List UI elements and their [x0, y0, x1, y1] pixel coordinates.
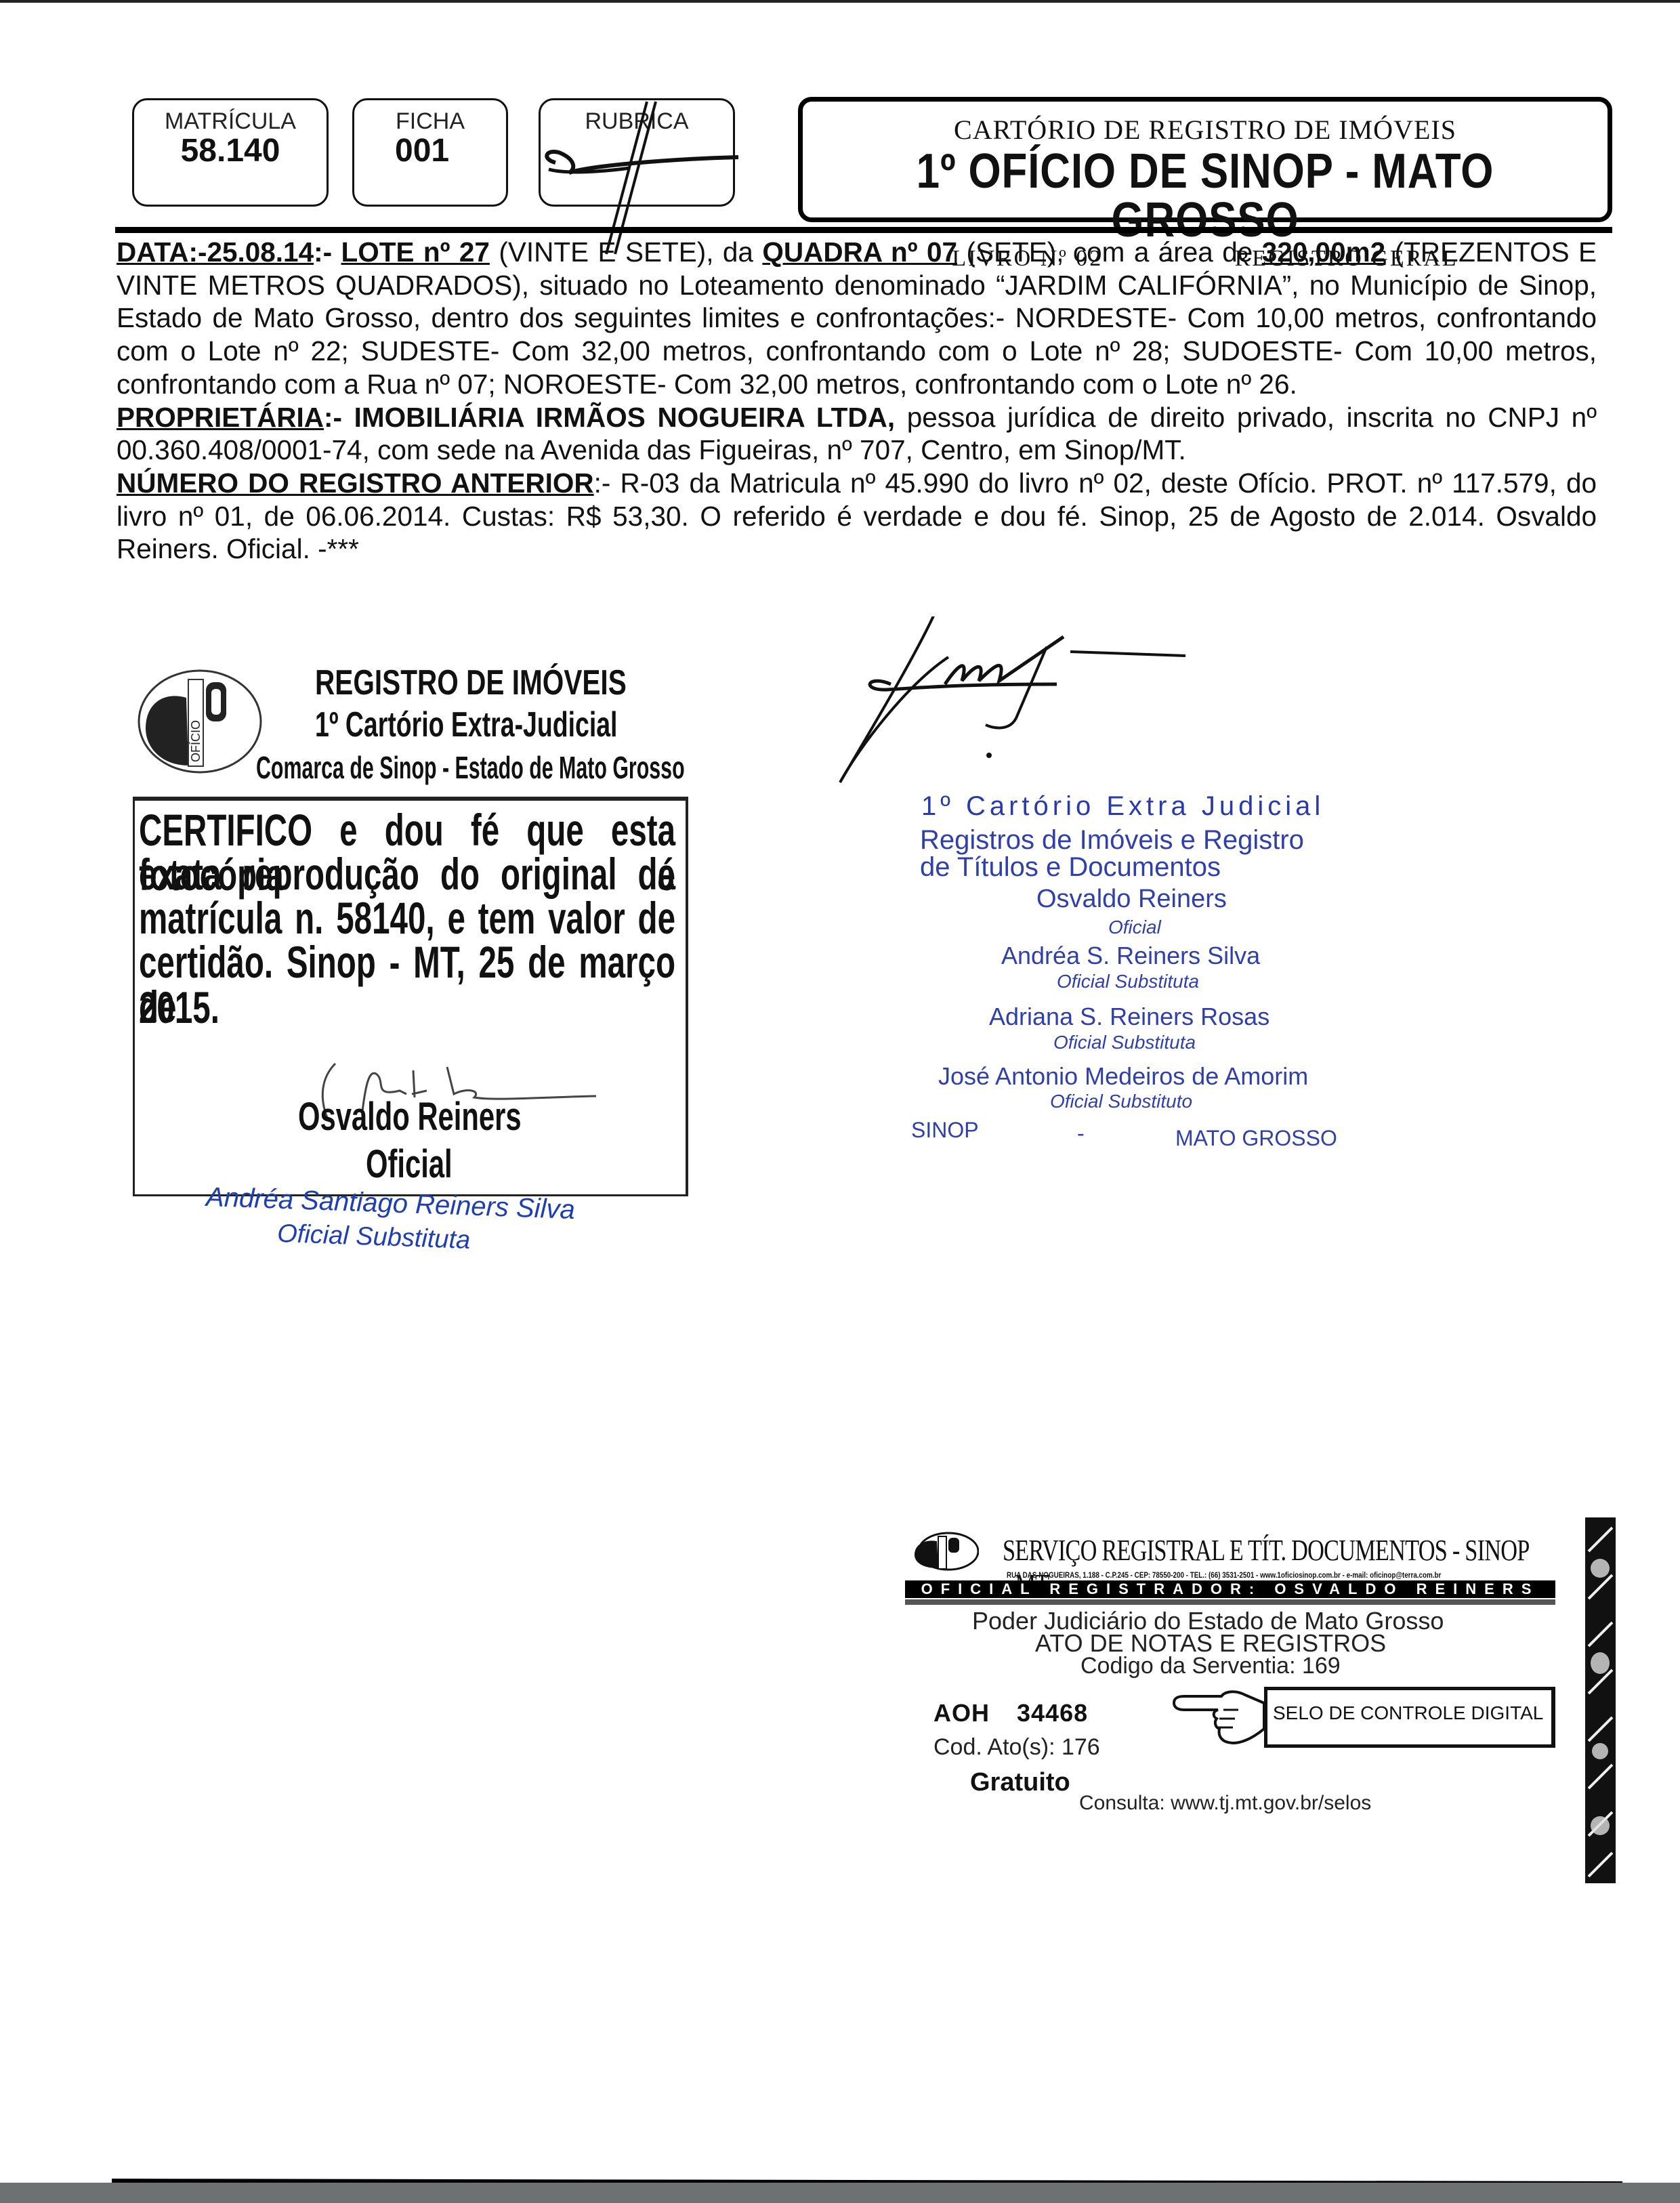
officer-signature-icon — [833, 616, 1213, 793]
blue-stamp-person-role: Oficial — [1108, 917, 1161, 938]
svg-text:OFÍCIO: OFÍCIO — [189, 720, 203, 762]
blue-stamp-separator: - — [1077, 1121, 1085, 1146]
consultation-link[interactable]: Consulta: www.tj.mt.gov.br/selos — [1079, 1792, 1371, 1815]
blue-stamp-person-name: Adriana S. Reiners Rosas — [989, 1003, 1269, 1031]
ficha-value: 001 — [354, 132, 506, 169]
office-code-line: Codigo da Serventia: 169 — [1080, 1653, 1341, 1679]
owner-name: IMOBILIÁRIA IRMÃOS NOGUEIRA LTDA, — [354, 402, 895, 433]
block-label: QUADRA nº 07 — [762, 236, 957, 268]
seal-code: AOH34468 — [933, 1699, 1088, 1727]
ficha-label: FICHA — [354, 108, 506, 135]
scan-bottom-edge — [0, 2183, 1680, 2203]
rubrica-signature-icon — [528, 95, 752, 257]
oficio-logo-icon: OFÍCIO — [135, 667, 264, 776]
seal-number: 34468 — [1017, 1699, 1088, 1727]
blue-stamp-state: MATO GROSSO — [1175, 1126, 1337, 1151]
stamp-registry-title: REGISTRO DE IMÓVEIS — [315, 663, 627, 703]
blue-stamp-line2: Registros de Imóveis e Registro — [920, 825, 1304, 856]
matricula-label: MATRÍCULA — [134, 108, 327, 135]
registrar-bar-shadow — [905, 1599, 1555, 1605]
date-label: DATA:-25.08.14 — [117, 236, 314, 268]
certifier-role: Oficial — [366, 1141, 453, 1187]
pointing-hand-icon — [1171, 1688, 1265, 1746]
oficio-logo-small-icon — [911, 1531, 979, 1572]
scan-top-edge — [0, 0, 1680, 3]
previous-registry-paragraph: NÚMERO DO REGISTRO ANTERIOR:- R-03 da Ma… — [117, 467, 1597, 566]
previous-registry-label: NÚMERO DO REGISTRO ANTERIOR — [117, 467, 594, 499]
owner-label: PROPRIETÁRIA — [117, 402, 324, 433]
blue-stamp-person-name: Osvaldo Reiners — [1036, 885, 1227, 914]
certifier-name: Osvaldo Reiners — [298, 1094, 522, 1139]
matricula-value: 58.140 — [134, 132, 327, 169]
matricula-box: MATRÍCULA 58.140 — [132, 98, 329, 207]
registrar-bar-text: OFICIAL REGISTRADOR: OSVALDO REINERS — [905, 1580, 1555, 1598]
blue-stamp-person-role: Oficial Substituta — [1053, 1032, 1196, 1053]
stamp-registry-district: Comarca de Sinop - Estado de Mato Grosso — [256, 749, 685, 786]
service-address: RUA DAS NOGUEIRAS, 1.188 - C.P.245 - CEP… — [1007, 1570, 1441, 1580]
certification-line: matrícula n. 58140, e tem valor de — [139, 896, 675, 940]
seal-series: AOH — [933, 1699, 990, 1727]
owner-paragraph: PROPRIETÁRIA:- IMOBILIÁRIA IRMÃOS NOGUEI… — [117, 401, 1597, 467]
blue-stamp-line3: de Títulos e Documentos — [920, 852, 1221, 883]
blue-stamp-line1: 1º Cartório Extra Judicial — [921, 791, 1324, 822]
act-codes: Cod. Ato(s): 176 — [933, 1734, 1100, 1761]
blue-stamp-city: SINOP — [911, 1118, 979, 1143]
registry-header: CARTÓRIO DE REGISTRO DE IMÓVEIS 1º OFÍCI… — [798, 97, 1612, 222]
area-label: 320,00m2 — [1262, 236, 1385, 268]
stamp-registry-subtitle: 1º Cartório Extra-Judicial — [315, 705, 617, 745]
digital-seal-label: SELO DE CONTROLE DIGITAL — [1273, 1702, 1543, 1724]
blue-stamp-person-name: José Antonio Medeiros de Amorim — [938, 1062, 1308, 1091]
substitute-role: Oficial Substituta — [276, 1219, 470, 1255]
property-description: DATA:-25.08.14:- LOTE nº 27 (VINTE E SET… — [117, 236, 1597, 401]
lot-label: LOTE nº 27 — [341, 236, 490, 268]
digital-seal-box: SELO DE CONTROLE DIGITAL — [1264, 1687, 1555, 1748]
registry-office-name: CARTÓRIO DE REGISTRO DE IMÓVEIS — [803, 114, 1608, 146]
blue-stamp-person-role: Oficial Substituto — [1050, 1091, 1192, 1112]
security-border-pattern-icon — [1585, 1517, 1616, 1883]
registration-text: DATA:-25.08.14:- LOTE nº 27 (VINTE E SET… — [117, 236, 1597, 566]
ficha-box: FICHA 001 — [352, 98, 508, 207]
header-divider — [115, 227, 1612, 233]
fee-status: Gratuito — [970, 1768, 1070, 1797]
registrar-bar: OFICIAL REGISTRADOR: OSVALDO REINERS — [905, 1580, 1555, 1598]
certification-line: exata reprodução do original da — [139, 852, 675, 896]
blue-stamp-person-role: Oficial Substituta — [1057, 971, 1199, 992]
certification-line: 2015. — [139, 985, 675, 1030]
blue-stamp-person-name: Andréa S. Reiners Silva — [1001, 942, 1260, 970]
